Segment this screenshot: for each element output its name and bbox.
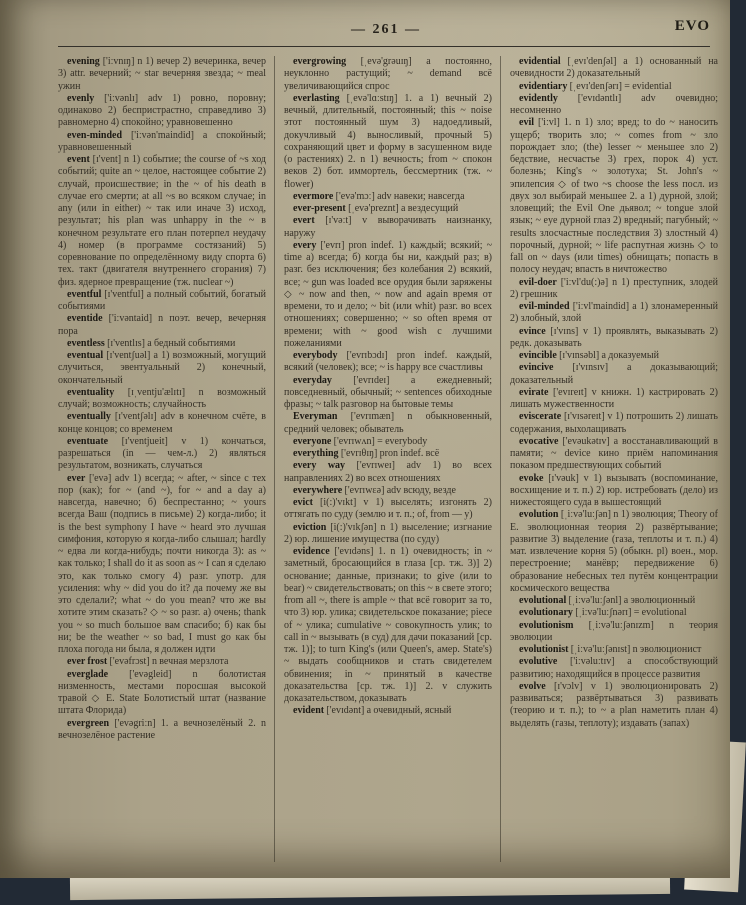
headword: eventual — [67, 350, 103, 361]
headword: event — [67, 154, 90, 165]
dictionary-entry: evincive [ɪ'vɪnsɪv] a доказывающий; дока… — [510, 362, 718, 387]
dictionary-entry: evidential [ˌevɪ'denʃəl] a 1) основанный… — [510, 56, 718, 81]
dictionary-entry: everyone ['evrɪwʌn] = everybody — [284, 436, 492, 448]
dictionary-entry: evolutionist [ˌiːvə'luːʃənɪst] n эволюци… — [510, 644, 718, 656]
headword: evocative — [519, 436, 558, 447]
dictionary-column: evidential [ˌevɪ'denʃəl] a 1) основанный… — [500, 56, 726, 862]
page-header: — 261 — EVO — [58, 18, 714, 44]
entry-body: [ɪ'vent] n 1) событие; the course of ~s … — [58, 154, 266, 288]
dictionary-entry: event [ɪ'vent] n 1) событие; the course … — [58, 154, 266, 289]
guide-word: EVO — [675, 18, 710, 35]
headword: evirate — [519, 387, 548, 398]
dictionary-column: evening ['iːvnɪŋ] n 1) вечер 2) вечеринк… — [58, 56, 274, 862]
dictionary-entry: evincible [ɪ'vɪnsəbl] a доказуемый — [510, 350, 718, 362]
dictionary-entry: eventful [ɪ'ventful] a полный событий, б… — [58, 289, 266, 314]
entry-body: [ˌiːvə'luːʃnərɪ] = evolutional — [573, 607, 687, 618]
headword: evolution — [519, 509, 558, 520]
dictionary-page: — 261 — EVO evening ['iːvnɪŋ] n 1) вечер… — [0, 0, 730, 878]
headword: eventide — [67, 313, 103, 324]
headword: evolutive — [519, 656, 557, 667]
dictionary-entry: eventuate [ɪ'ventjueit] v 1) кончаться, … — [58, 436, 266, 473]
dictionary-entry: eviction [i(:)'vɪkʃən] n 1) выселение; и… — [284, 522, 492, 547]
headword: evolve — [519, 681, 546, 692]
dictionary-entry: evening ['iːvnɪŋ] n 1) вечер 2) вечеринк… — [58, 56, 266, 93]
dictionary-entry: eventuality [ɪˌventju'ælɪtɪ] n возможный… — [58, 387, 266, 412]
dictionary-entry: evolutional [ˌiːvə'luːʃənl] a эволюционн… — [510, 595, 718, 607]
dictionary-entry: evermore ['evə'mɔː] adv навеки; навсегда — [284, 191, 492, 203]
dictionary-entry: evident ['evɪdənt] a очевидный, ясный — [284, 705, 492, 717]
entry-body: [i(:)'vɪkt] v 1) выселять; изгонять 2) о… — [284, 497, 492, 520]
dictionary-entry: eventually [ɪ'ventʃəlɪ] adv в конечном с… — [58, 411, 266, 436]
dictionary-entry: ever-present [ˌevə'preznt] a вездесущий — [284, 203, 492, 215]
headword: evolutionism — [519, 620, 573, 631]
dictionary-entry: eviscerate [ɪ'vɪsəreɪt] v 1) потрошить 2… — [510, 411, 718, 436]
dictionary-entry: evil-doer ['iːvl'du(:)ə] n 1) преступник… — [510, 277, 718, 302]
headword: everglade — [67, 669, 108, 680]
dictionary-entry: evoke [ɪ'vəuk] v 1) вызывать (воспоминан… — [510, 473, 718, 510]
entry-body: [ɪ'vəːt] v выворачивать наизнанку, наруж… — [284, 215, 492, 238]
dictionary-entry: everybody ['evrɪbɔdɪ] pron indef. каждый… — [284, 350, 492, 375]
entry-body: ['evəfrɔst] n вечная мерзлота — [107, 656, 228, 667]
dictionary-entry: evil ['iːvl] 1. n 1) зло; вред; to do ~ … — [510, 117, 718, 276]
headword: everyone — [293, 436, 331, 447]
headword: eviction — [293, 522, 326, 533]
entry-body: ['evrɪ] pron indef. 1) каждый; всякий; ~… — [284, 240, 492, 349]
entry-body: [ɪ'ventlɪs] a бедный событиями — [105, 338, 236, 349]
dictionary-entry: evolve [ɪ'vɔlv] v 1) эволюционировать 2)… — [510, 681, 718, 730]
headword: evidentiary — [519, 81, 567, 92]
header-rule — [58, 46, 710, 47]
headword: evoke — [519, 473, 543, 484]
headword: evolutional — [519, 595, 566, 606]
dictionary-entry: evidently ['evɪdəntlɪ] adv очевидно; нес… — [510, 93, 718, 118]
headword: eviscerate — [519, 411, 561, 422]
headword: evict — [293, 497, 313, 508]
entry-body: ['evə] adv 1) всегда; ~ after, ~ since с… — [58, 473, 266, 656]
dictionary-entry: eventless [ɪ'ventlɪs] a бедный событиями — [58, 338, 266, 350]
headword: ever — [67, 473, 85, 484]
dictionary-entry: everglade ['evəgleid] n болотистая низме… — [58, 669, 266, 718]
headword: evergreen — [67, 718, 109, 729]
headword: evolutionist — [519, 644, 568, 655]
dictionary-entry: evil-minded ['iːvl'maindid] a 1) злонаме… — [510, 301, 718, 326]
dictionary-entry: evocative ['evəukətɪv] a восстанавливающ… — [510, 436, 718, 473]
headword: evening — [67, 56, 100, 67]
dictionary-entry: evict [i(:)'vɪkt] v 1) выселять; изгонят… — [284, 497, 492, 522]
entry-body: [ɪ'vɪnsəbl] a доказуемый — [557, 350, 659, 361]
headword: everyday — [293, 375, 332, 386]
headword: evident — [293, 705, 324, 716]
page-number: — 261 — — [58, 22, 714, 38]
dictionary-entry: everlasting [ˌevə'lɑːstɪŋ] 1. a 1) вечны… — [284, 93, 492, 191]
headword: evil-doer — [519, 277, 557, 288]
dictionary-entry: evidentiary [ˌevɪ'denʃərɪ] = evidential — [510, 81, 718, 93]
dictionary-entry: evince [ɪ'vɪns] v 1) проявлять, выказыва… — [510, 326, 718, 351]
headword: eventuate — [67, 436, 108, 447]
dictionary-entry: evergreen ['evəgriːn] 1. a вечнозелёный … — [58, 718, 266, 743]
dictionary-entry: everywhere ['evrɪwɛə] adv всюду, везде — [284, 485, 492, 497]
dictionary-entry: evergrowing [ˌevə'grəuɪŋ] a постоянно, н… — [284, 56, 492, 93]
dictionary-entry: eventide ['iːvəntaid] n поэт. вечер, веч… — [58, 313, 266, 338]
dictionary-entry: every way ['evrɪweɪ] adv 1) во всех напр… — [284, 460, 492, 485]
dictionary-entry: every ['evrɪ] pron indef. 1) каждый; вся… — [284, 240, 492, 350]
dictionary-entry: evolutionary [ˌiːvə'luːʃnərɪ] = evolutio… — [510, 607, 718, 619]
headword: everywhere — [293, 485, 342, 496]
headword: ever-present — [293, 203, 346, 214]
headword: evil-minded — [519, 301, 570, 312]
dictionary-entry: evolutionism [ˌiːvə'luːʃənɪzm] n теория … — [510, 620, 718, 645]
headword: evenly — [67, 93, 94, 104]
dictionary-entry: evert [ɪ'vəːt] v выворачивать наизнанку,… — [284, 215, 492, 240]
headword: evincible — [519, 350, 557, 361]
headword: Everyman — [293, 411, 337, 422]
headword: everything — [293, 448, 339, 459]
dictionary-entry: eventual [ɪ'ventʃuəl] a 1) возможный, мо… — [58, 350, 266, 387]
headword: evert — [293, 215, 315, 226]
headword: eventful — [67, 289, 101, 300]
dictionary-entry: ever frost ['evəfrɔst] n вечная мерзлота — [58, 656, 266, 668]
entry-body: [ˌevə'preznt] a вездесущий — [346, 203, 458, 214]
entry-body: ['evrɪwʌn] = everybody — [331, 436, 427, 447]
entry-body: ['evrɪwɛə] adv всюду, везде — [342, 485, 456, 496]
entry-body: ['evɪdənt] a очевидный, ясный — [324, 705, 451, 716]
entry-body: [ˌevɪ'denʃərɪ] = evidential — [567, 81, 671, 92]
dictionary-entry: evidence ['evɪdəns] 1. n 1) очевидность;… — [284, 546, 492, 705]
headword: evil — [519, 117, 534, 128]
headword: eventless — [67, 338, 105, 349]
entry-body: ['iːvl] 1. n 1) зло; вред; to do ~ нанос… — [510, 117, 718, 275]
dictionary-entry: even-minded ['iːvən'maindid] a спокойный… — [58, 130, 266, 155]
dictionary-entry: everyday ['evrɪdeɪ] a ежедневный; повсед… — [284, 375, 492, 412]
entry-body: [ˌiːvə'luːʃənɪst] n эволюционист — [568, 644, 701, 655]
headword: evince — [519, 326, 546, 337]
headword: everlasting — [293, 93, 340, 104]
dictionary-column: evergrowing [ˌevə'grəuɪŋ] a постоянно, н… — [274, 56, 500, 862]
entry-body: ['evə'mɔː] adv навеки; навсегда — [333, 191, 464, 202]
text-columns: evening ['iːvnɪŋ] n 1) вечер 2) вечеринк… — [58, 56, 726, 862]
headword: evergrowing — [293, 56, 346, 67]
headword: evidence — [293, 546, 330, 557]
entry-body: [ˌevə'lɑːstɪŋ] 1. a 1) вечный 2) вечный,… — [284, 93, 492, 190]
headword: every — [293, 240, 316, 251]
headword: every way — [293, 460, 345, 471]
entry-body: ['evrɪθɪŋ] pron indef. всё — [339, 448, 440, 459]
dictionary-entry: evolution [ˌiːvə'luːʃən] n 1) эволюция; … — [510, 509, 718, 595]
dictionary-entry: evirate ['evɪreɪt] v книжн. 1) кастриров… — [510, 387, 718, 412]
entry-body: [ˌiːvə'luːʃən] n 1) эволюция; Theory of … — [510, 509, 718, 594]
headword: evidential — [519, 56, 561, 67]
headword: everybody — [293, 350, 337, 361]
dictionary-entry: evolutive ['iːvəluːtɪv] a способствующий… — [510, 656, 718, 681]
headword: evermore — [293, 191, 333, 202]
headword: eventually — [67, 411, 111, 422]
entry-body: ['evɪdəns] 1. n 1) очевидность; in ~ зам… — [284, 546, 492, 704]
headword: evidently — [519, 93, 558, 104]
dictionary-entry: everything ['evrɪθɪŋ] pron indef. всё — [284, 448, 492, 460]
dictionary-entry: ever ['evə] adv 1) всегда; ~ after, ~ si… — [58, 473, 266, 657]
headword: eventuality — [67, 387, 114, 398]
headword: evincive — [519, 362, 553, 373]
dictionary-entry: evenly ['iːvənlɪ] adv 1) ровно, поровну;… — [58, 93, 266, 130]
headword: evolutionary — [519, 607, 573, 618]
headword: ever frost — [67, 656, 107, 667]
entry-body: [ˌiːvə'luːʃənl] a эволюционный — [566, 595, 695, 606]
dictionary-entry: Everyman ['evrɪmæn] n обыкновенный, сред… — [284, 411, 492, 436]
headword: even-minded — [67, 130, 122, 141]
